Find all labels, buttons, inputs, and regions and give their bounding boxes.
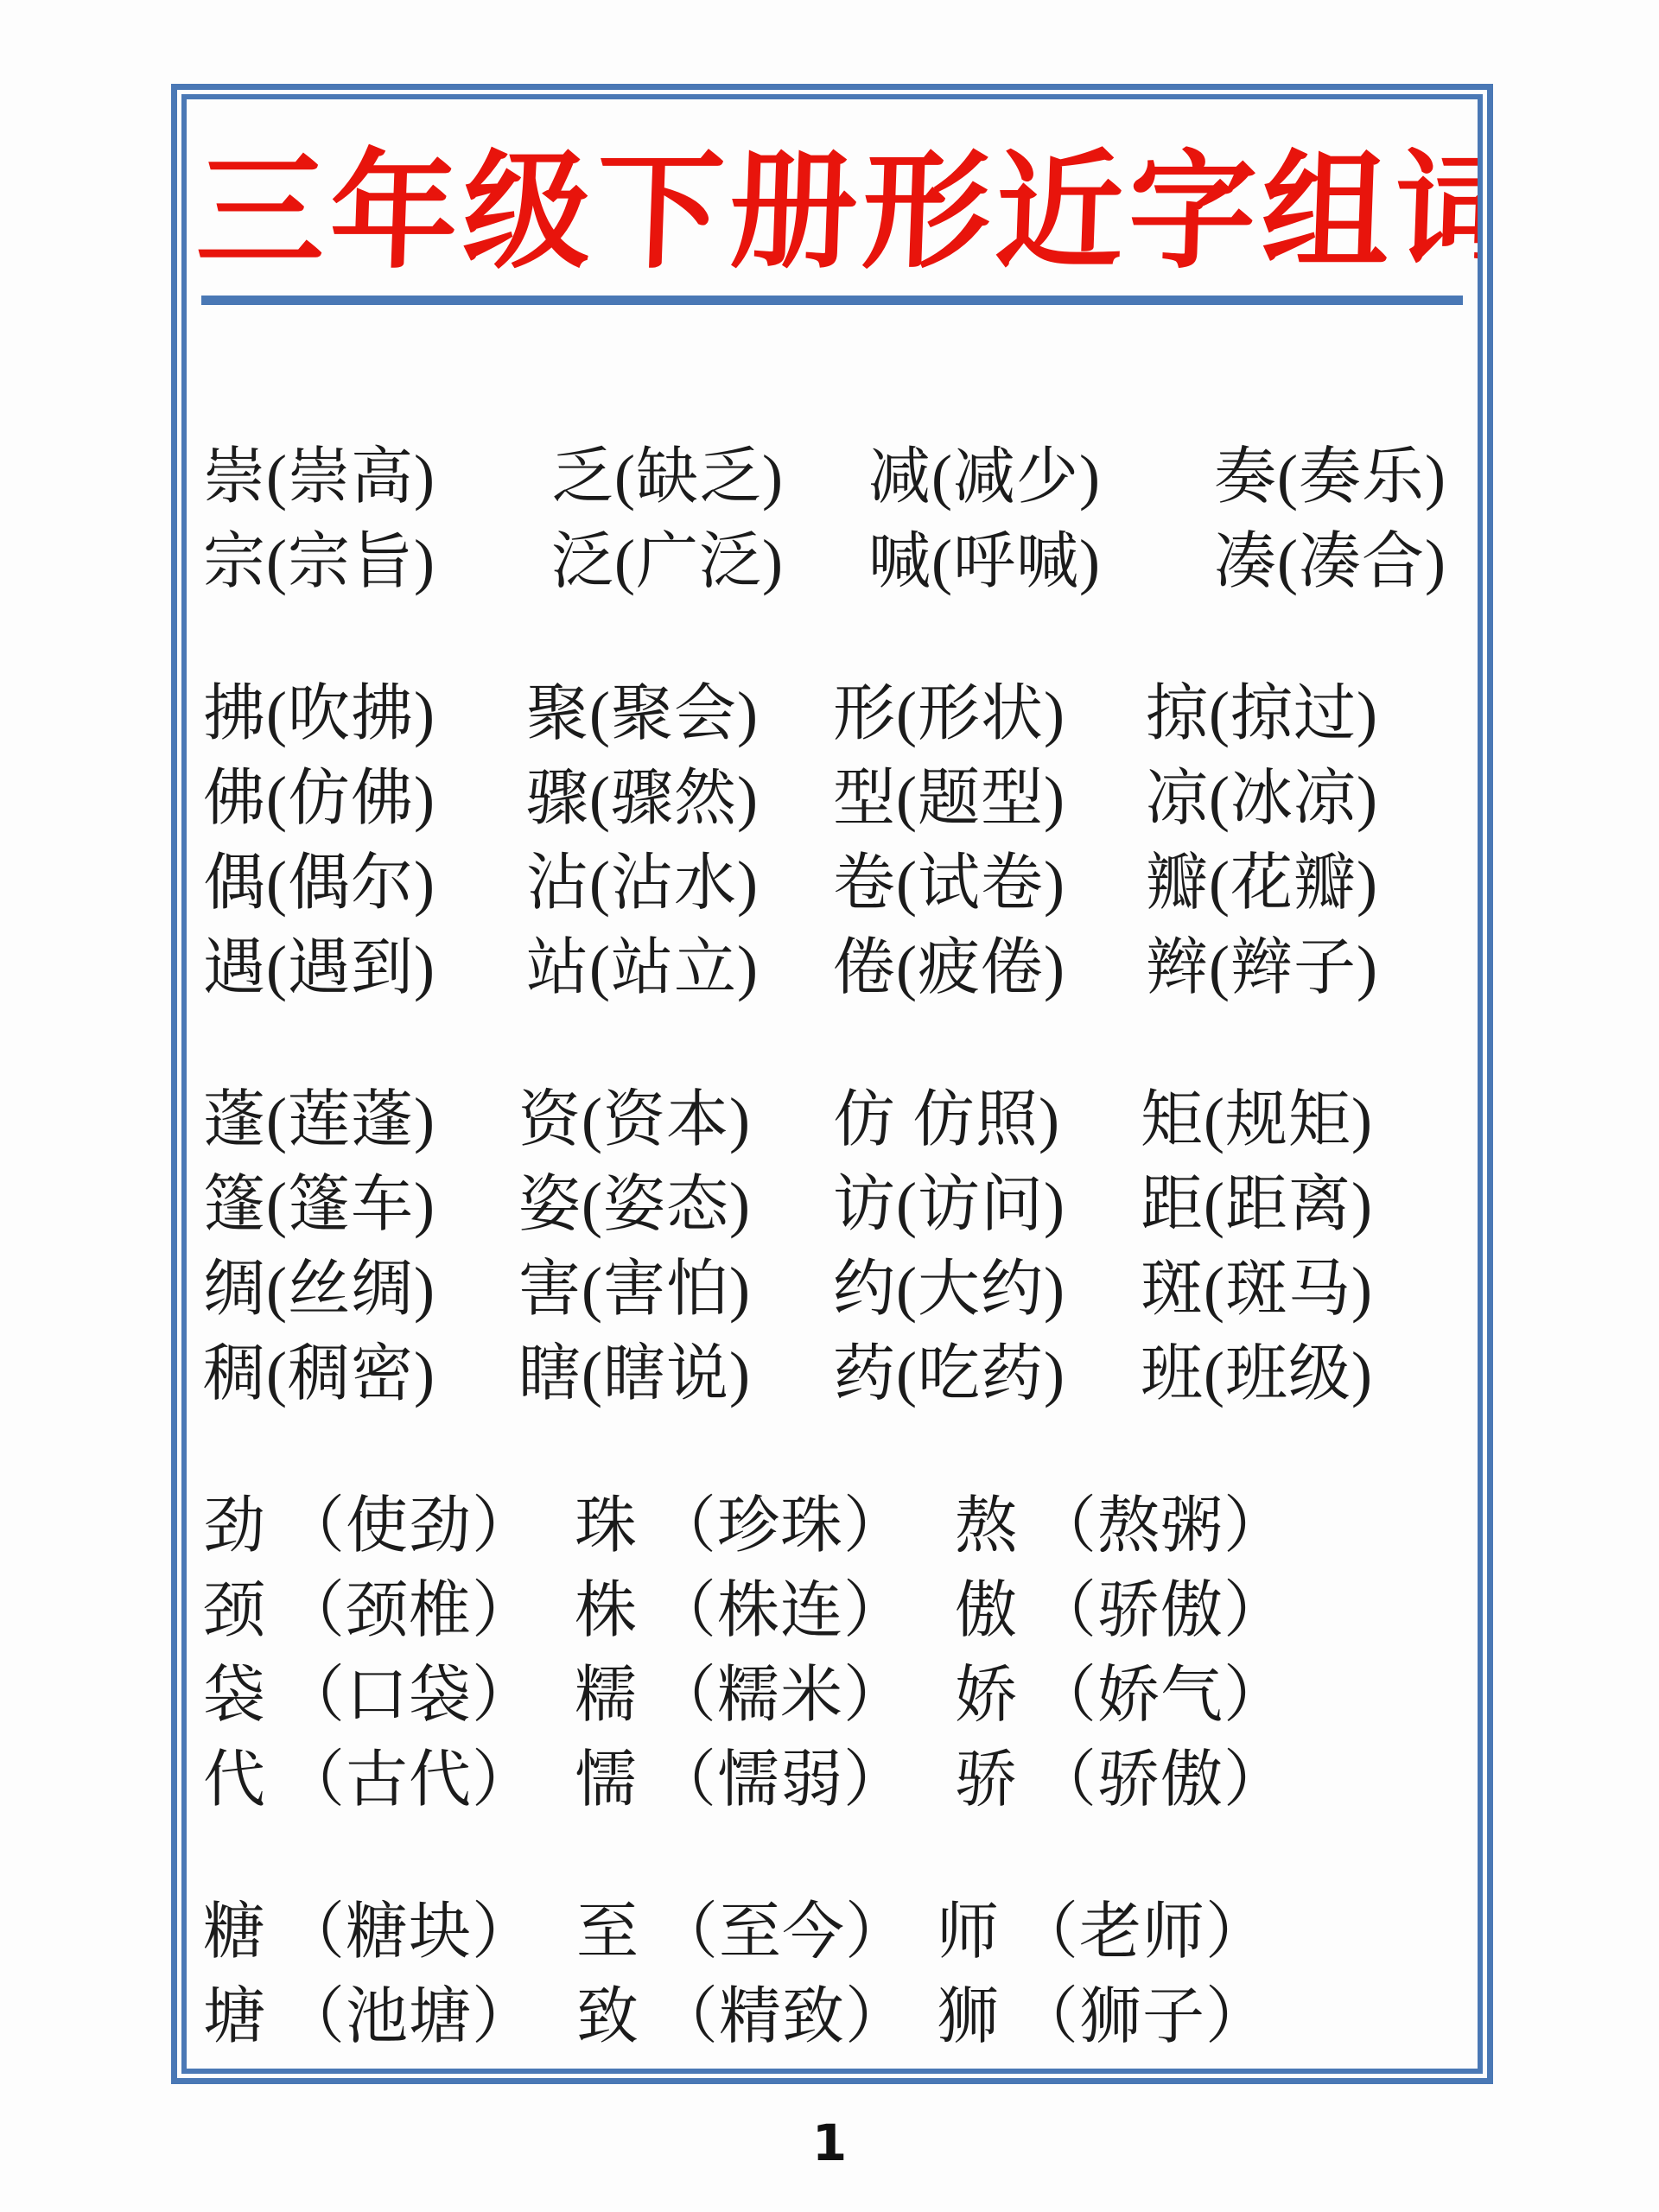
word-cell: 沾(沾水)	[526, 841, 833, 925]
word-cell: 资(资本)	[518, 1077, 833, 1162]
word-row: 遇(遇到)站(站立)倦(疲倦)辫(辫子)	[203, 925, 1469, 1010]
word-cell: 站(站立)	[526, 925, 833, 1010]
word-cell: 遇(遇到)	[203, 925, 526, 1010]
word-groups: 崇(崇高)乏(缺乏)减(减少)奏(奏乐)宗(宗旨)泛(广泛)喊(呼喊)凑(凑合)…	[203, 435, 1469, 2059]
word-cell: 害(害怕)	[518, 1247, 833, 1332]
word-cell: 劲 （使劲）	[203, 1484, 575, 1568]
word-cell: 瞎(瞎说)	[518, 1332, 833, 1416]
page-border-inner: 三年级下册形近字组词 崇(崇高)乏(缺乏)减(减少)奏(奏乐)宗(宗旨)泛(广泛…	[181, 94, 1483, 2074]
word-cell: 形(形状)	[833, 671, 1146, 756]
word-cell: 减(减少)	[868, 435, 1214, 519]
word-cell: 至 （至今）	[576, 1890, 937, 1974]
word-cell: 奏(奏乐)	[1214, 435, 1469, 519]
word-cell: 师 （老师）	[937, 1890, 1469, 1974]
word-cell: 约(大约)	[833, 1247, 1141, 1332]
word-cell: 绸(丝绸)	[203, 1247, 518, 1332]
word-cell: 懦 （懦弱）	[575, 1738, 955, 1822]
word-cell: 塘 （池塘）	[203, 1974, 576, 2059]
word-cell: 聚(聚会)	[526, 671, 833, 756]
word-cell: 乏(缺乏)	[551, 435, 868, 519]
word-row: 佛(仿佛)骤(骤然)型(题型)凉(冰凉)	[203, 756, 1469, 841]
word-row: 代 （古代）懦 （懦弱）骄 （骄傲）	[203, 1738, 1469, 1822]
word-cell: 凑(凑合)	[1214, 519, 1469, 604]
word-row: 颈 （颈椎）株 （株连）傲 （骄傲）	[203, 1568, 1469, 1653]
word-cell: 拂(吹拂)	[203, 671, 526, 756]
word-cell: 袋 （口袋）	[203, 1653, 575, 1738]
word-cell: 卷(试卷)	[833, 841, 1146, 925]
word-group: 崇(崇高)乏(缺乏)减(减少)奏(奏乐)宗(宗旨)泛(广泛)喊(呼喊)凑(凑合)	[203, 435, 1469, 604]
word-cell: 骤(骤然)	[526, 756, 833, 841]
word-cell: 颈 （颈椎）	[203, 1568, 575, 1653]
word-cell: 佛(仿佛)	[203, 756, 526, 841]
word-cell: 傲 （骄傲）	[955, 1568, 1469, 1653]
word-cell: 熬 （熬粥）	[955, 1484, 1469, 1568]
word-row: 拂(吹拂)聚(聚会)形(形状)掠(掠过)	[203, 671, 1469, 756]
word-cell: 稠(稠密)	[203, 1332, 518, 1416]
word-row: 袋 （口袋）糯 （糯米）娇 （娇气）	[203, 1653, 1469, 1738]
word-cell: 距(距离)	[1141, 1162, 1469, 1247]
word-row: 蓬(莲蓬)资(资本)仿 仿照)矩(规矩)	[203, 1077, 1469, 1162]
word-cell: 娇 （娇气）	[955, 1653, 1469, 1738]
word-cell: 泛(广泛)	[551, 519, 868, 604]
word-cell: 型(题型)	[833, 756, 1146, 841]
word-cell: 矩(规矩)	[1141, 1077, 1469, 1162]
word-row: 劲 （使劲）珠 （珍珠）熬 （熬粥）	[203, 1484, 1469, 1568]
page-title: 三年级下册形近字组词	[194, 130, 1471, 294]
word-cell: 蓬(莲蓬)	[203, 1077, 518, 1162]
word-cell: 崇(崇高)	[203, 435, 551, 519]
word-cell: 糯 （糯米）	[575, 1653, 955, 1738]
word-cell: 宗(宗旨)	[203, 519, 551, 604]
word-row: 崇(崇高)乏(缺乏)减(减少)奏(奏乐)	[203, 435, 1469, 519]
word-cell: 骄 （骄傲）	[955, 1738, 1469, 1822]
word-cell: 访(访问)	[833, 1162, 1141, 1247]
worksheet-page: 三年级下册形近字组词 崇(崇高)乏(缺乏)减(减少)奏(奏乐)宗(宗旨)泛(广泛…	[0, 0, 1659, 2212]
word-group: 糖 （糖块）至 （至今）师 （老师）塘 （池塘）致 （精致）狮 （狮子）	[203, 1890, 1469, 2059]
word-cell: 辫(辫子)	[1146, 925, 1469, 1010]
word-cell: 株 （株连）	[575, 1568, 955, 1653]
word-group: 劲 （使劲）珠 （珍珠）熬 （熬粥）颈 （颈椎）株 （株连）傲 （骄傲）袋 （口…	[203, 1484, 1469, 1822]
page-border-frame: 三年级下册形近字组词 崇(崇高)乏(缺乏)减(减少)奏(奏乐)宗(宗旨)泛(广泛…	[171, 84, 1493, 2084]
word-cell: 掠(掠过)	[1146, 671, 1469, 756]
word-cell: 凉(冰凉)	[1146, 756, 1469, 841]
word-cell: 仿 仿照)	[833, 1077, 1141, 1162]
word-group: 拂(吹拂)聚(聚会)形(形状)掠(掠过)佛(仿佛)骤(骤然)型(题型)凉(冰凉)…	[203, 671, 1469, 1010]
word-row: 塘 （池塘）致 （精致）狮 （狮子）	[203, 1974, 1469, 2059]
word-row: 偶(偶尔)沾(沾水)卷(试卷)瓣(花瓣)	[203, 841, 1469, 925]
word-cell: 倦(疲倦)	[833, 925, 1146, 1010]
word-row: 宗(宗旨)泛(广泛)喊(呼喊)凑(凑合)	[203, 519, 1469, 604]
word-row: 篷(篷车)姿(姿态)访(访问)距(距离)	[203, 1162, 1469, 1247]
word-cell: 狮 （狮子）	[937, 1974, 1469, 2059]
word-cell: 糖 （糖块）	[203, 1890, 576, 1974]
word-cell: 姿(姿态)	[518, 1162, 833, 1247]
word-row: 糖 （糖块）至 （至今）师 （老师）	[203, 1890, 1469, 1974]
word-cell: 篷(篷车)	[203, 1162, 518, 1247]
word-row: 稠(稠密)瞎(瞎说)药(吃药)班(班级)	[203, 1332, 1469, 1416]
word-cell: 斑(斑马)	[1141, 1247, 1469, 1332]
word-cell: 班(班级)	[1141, 1332, 1469, 1416]
word-row: 绸(丝绸)害(害怕)约(大约)斑(斑马)	[203, 1247, 1469, 1332]
word-cell: 致 （精致）	[576, 1974, 937, 2059]
page-number: 1	[0, 2113, 1659, 2172]
word-cell: 喊(呼喊)	[868, 519, 1214, 604]
word-cell: 瓣(花瓣)	[1146, 841, 1469, 925]
word-cell: 代 （古代）	[203, 1738, 575, 1822]
word-group: 蓬(莲蓬)资(资本)仿 仿照)矩(规矩)篷(篷车)姿(姿态)访(访问)距(距离)…	[203, 1077, 1469, 1416]
word-cell: 药(吃药)	[833, 1332, 1141, 1416]
word-cell: 珠 （珍珠）	[575, 1484, 955, 1568]
title-underline	[201, 296, 1463, 305]
word-cell: 偶(偶尔)	[203, 841, 526, 925]
